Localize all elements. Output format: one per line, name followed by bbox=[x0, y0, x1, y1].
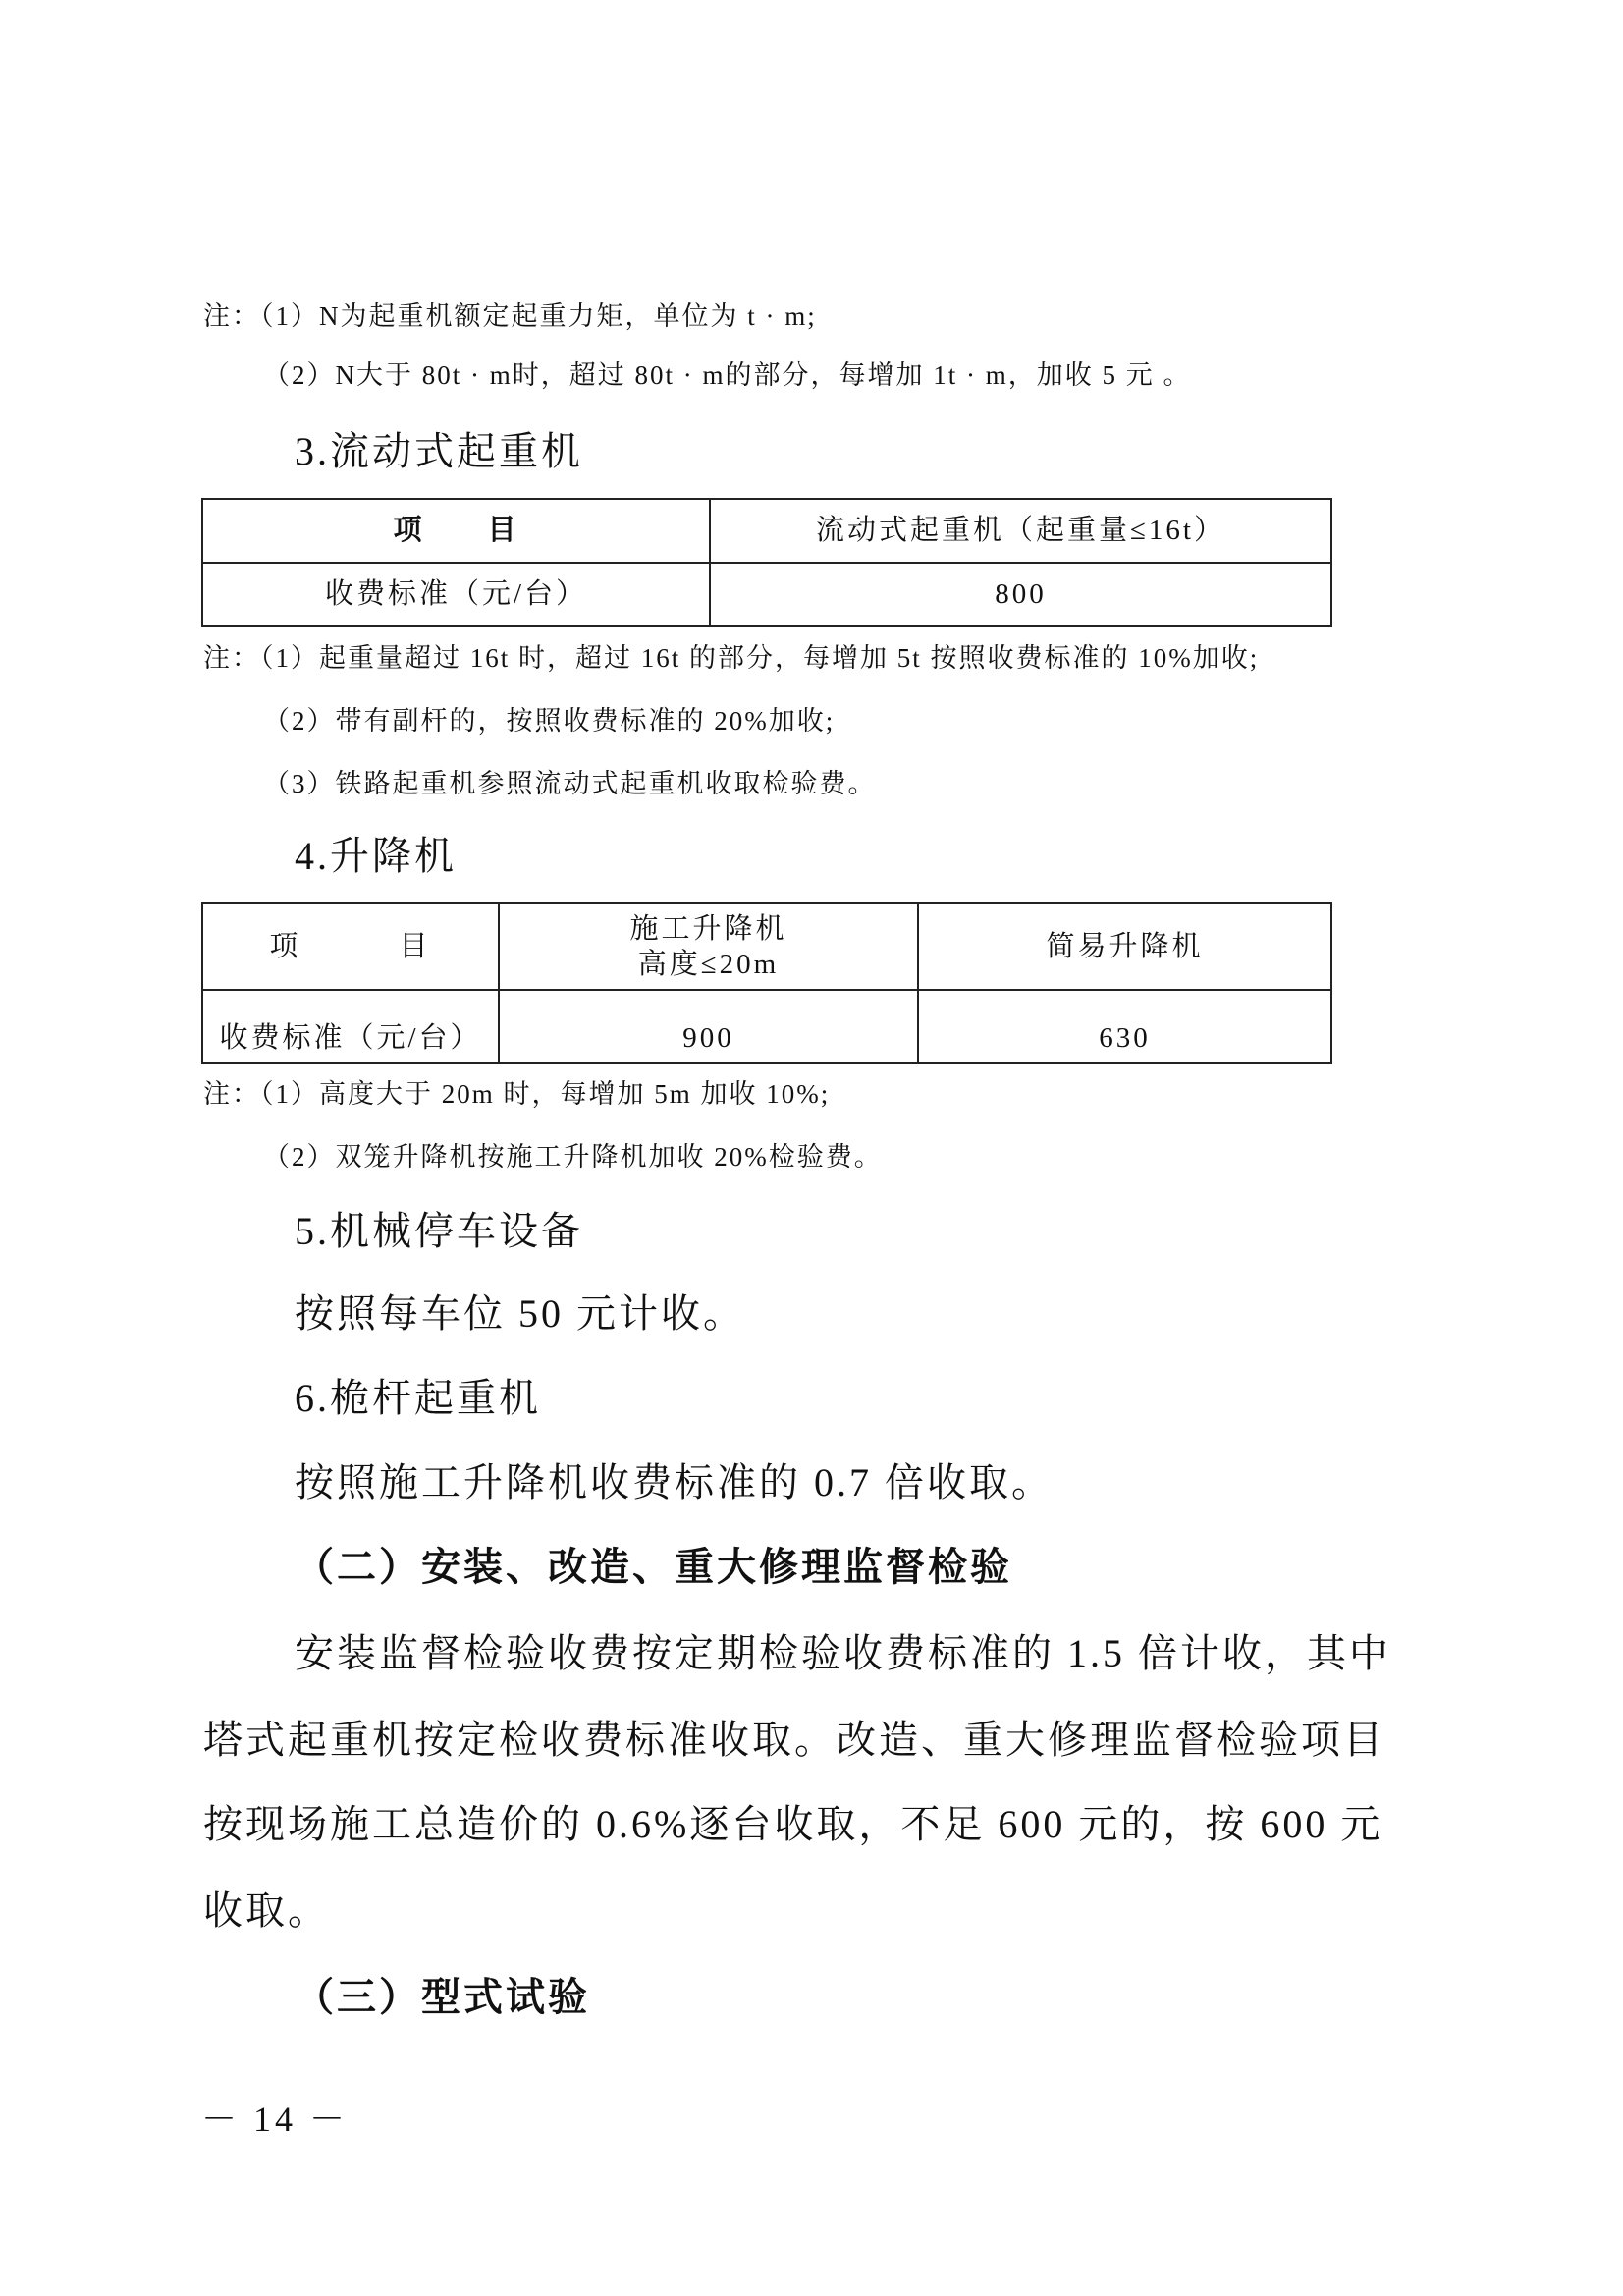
fee-value-construction-elevator: 900 bbox=[499, 990, 918, 1063]
parking-equipment-fee-text: 按照每车位 50 元计收。 bbox=[295, 1283, 745, 1339]
row-label-fee-standard: 收费标准（元/台） bbox=[202, 990, 499, 1063]
part-heading-installation-inspection: （二）安装、改造、重大修理监督检验 bbox=[295, 1536, 1012, 1592]
row-label-fee-standard: 收费标准（元/台） bbox=[202, 563, 710, 626]
fee-value-mobile-crane: 800 bbox=[710, 563, 1331, 626]
header-cell-construction-elevator: 施工升降机 高度≤20m bbox=[499, 903, 918, 990]
part-heading-type-test: （三）型式试验 bbox=[295, 1966, 590, 2022]
note-mobile-crane-1: 注：（1）起重量超过 16t 时，超过 16t 的部分，每增加 5t 按照收费标… bbox=[203, 636, 1259, 675]
note-torque-definition: 注：（1）N为起重机额定起重力矩，单位为 t · m; bbox=[203, 295, 817, 333]
section-heading-mast-crane: 6.桅杆起重机 bbox=[295, 1367, 541, 1423]
note-mobile-crane-3: （3）铁路起重机参照流动式起重机收取检验费。 bbox=[263, 762, 877, 800]
elevator-fee-table: 项 目 施工升降机 高度≤20m 简易升降机 收费标准（元/台） 900 630 bbox=[201, 902, 1332, 1064]
section-heading-elevator: 4.升降机 bbox=[295, 825, 457, 881]
note-elevator-2: （2）双笼升降机按施工升降机加收 20%检验费。 bbox=[263, 1135, 883, 1174]
header-cell-simple-elevator: 简易升降机 bbox=[918, 903, 1331, 990]
table-row: 收费标准（元/台） 900 630 bbox=[202, 990, 1331, 1063]
note-torque-surcharge: （2）N大于 80t · m时，超过 80t · m的部分，每增加 1t · m… bbox=[263, 354, 1191, 392]
table-row: 收费标准（元/台） 800 bbox=[202, 563, 1331, 626]
note-elevator-1: 注：（1）高度大于 20m 时，每增加 5m 加收 10%; bbox=[203, 1072, 830, 1111]
header-construction-elevator-height: 高度≤20m bbox=[500, 947, 917, 982]
section-heading-mobile-crane: 3.流动式起重机 bbox=[295, 420, 583, 476]
header-cell-item: 项 目 bbox=[202, 903, 499, 990]
header-cell-mobile-crane: 流动式起重机（起重量≤16t） bbox=[710, 499, 1331, 563]
note-mobile-crane-2: （2）带有副杆的，按照收费标准的 20%加收; bbox=[263, 699, 835, 738]
paragraph-line-4: 收取。 bbox=[203, 1880, 330, 1936]
fee-value-simple-elevator: 630 bbox=[918, 990, 1331, 1063]
page-number: － 14 － bbox=[201, 2092, 349, 2142]
paragraph-line-1: 安装监督检验收费按定期检验收费标准的 1.5 倍计收，其中 bbox=[295, 1622, 1391, 1678]
section-heading-parking-equipment: 5.机械停车设备 bbox=[295, 1200, 583, 1256]
table-header-row: 项 目 施工升降机 高度≤20m 简易升降机 bbox=[202, 903, 1331, 990]
header-cell-item: 项 目 bbox=[202, 499, 710, 563]
header-construction-elevator-name: 施工升降机 bbox=[500, 911, 917, 947]
paragraph-line-2: 塔式起重机按定检收费标准收取。改造、重大修理监督检验项目 bbox=[203, 1709, 1385, 1765]
paragraph-line-3: 按现场施工总造价的 0.6%逐台收取，不足 600 元的，按 600 元 bbox=[203, 1793, 1382, 1849]
mobile-crane-fee-table: 项 目 流动式起重机（起重量≤16t） 收费标准（元/台） 800 bbox=[201, 498, 1332, 627]
mast-crane-fee-text: 按照施工升降机收费标准的 0.7 倍收取。 bbox=[295, 1451, 1054, 1507]
table-header-row: 项 目 流动式起重机（起重量≤16t） bbox=[202, 499, 1331, 563]
